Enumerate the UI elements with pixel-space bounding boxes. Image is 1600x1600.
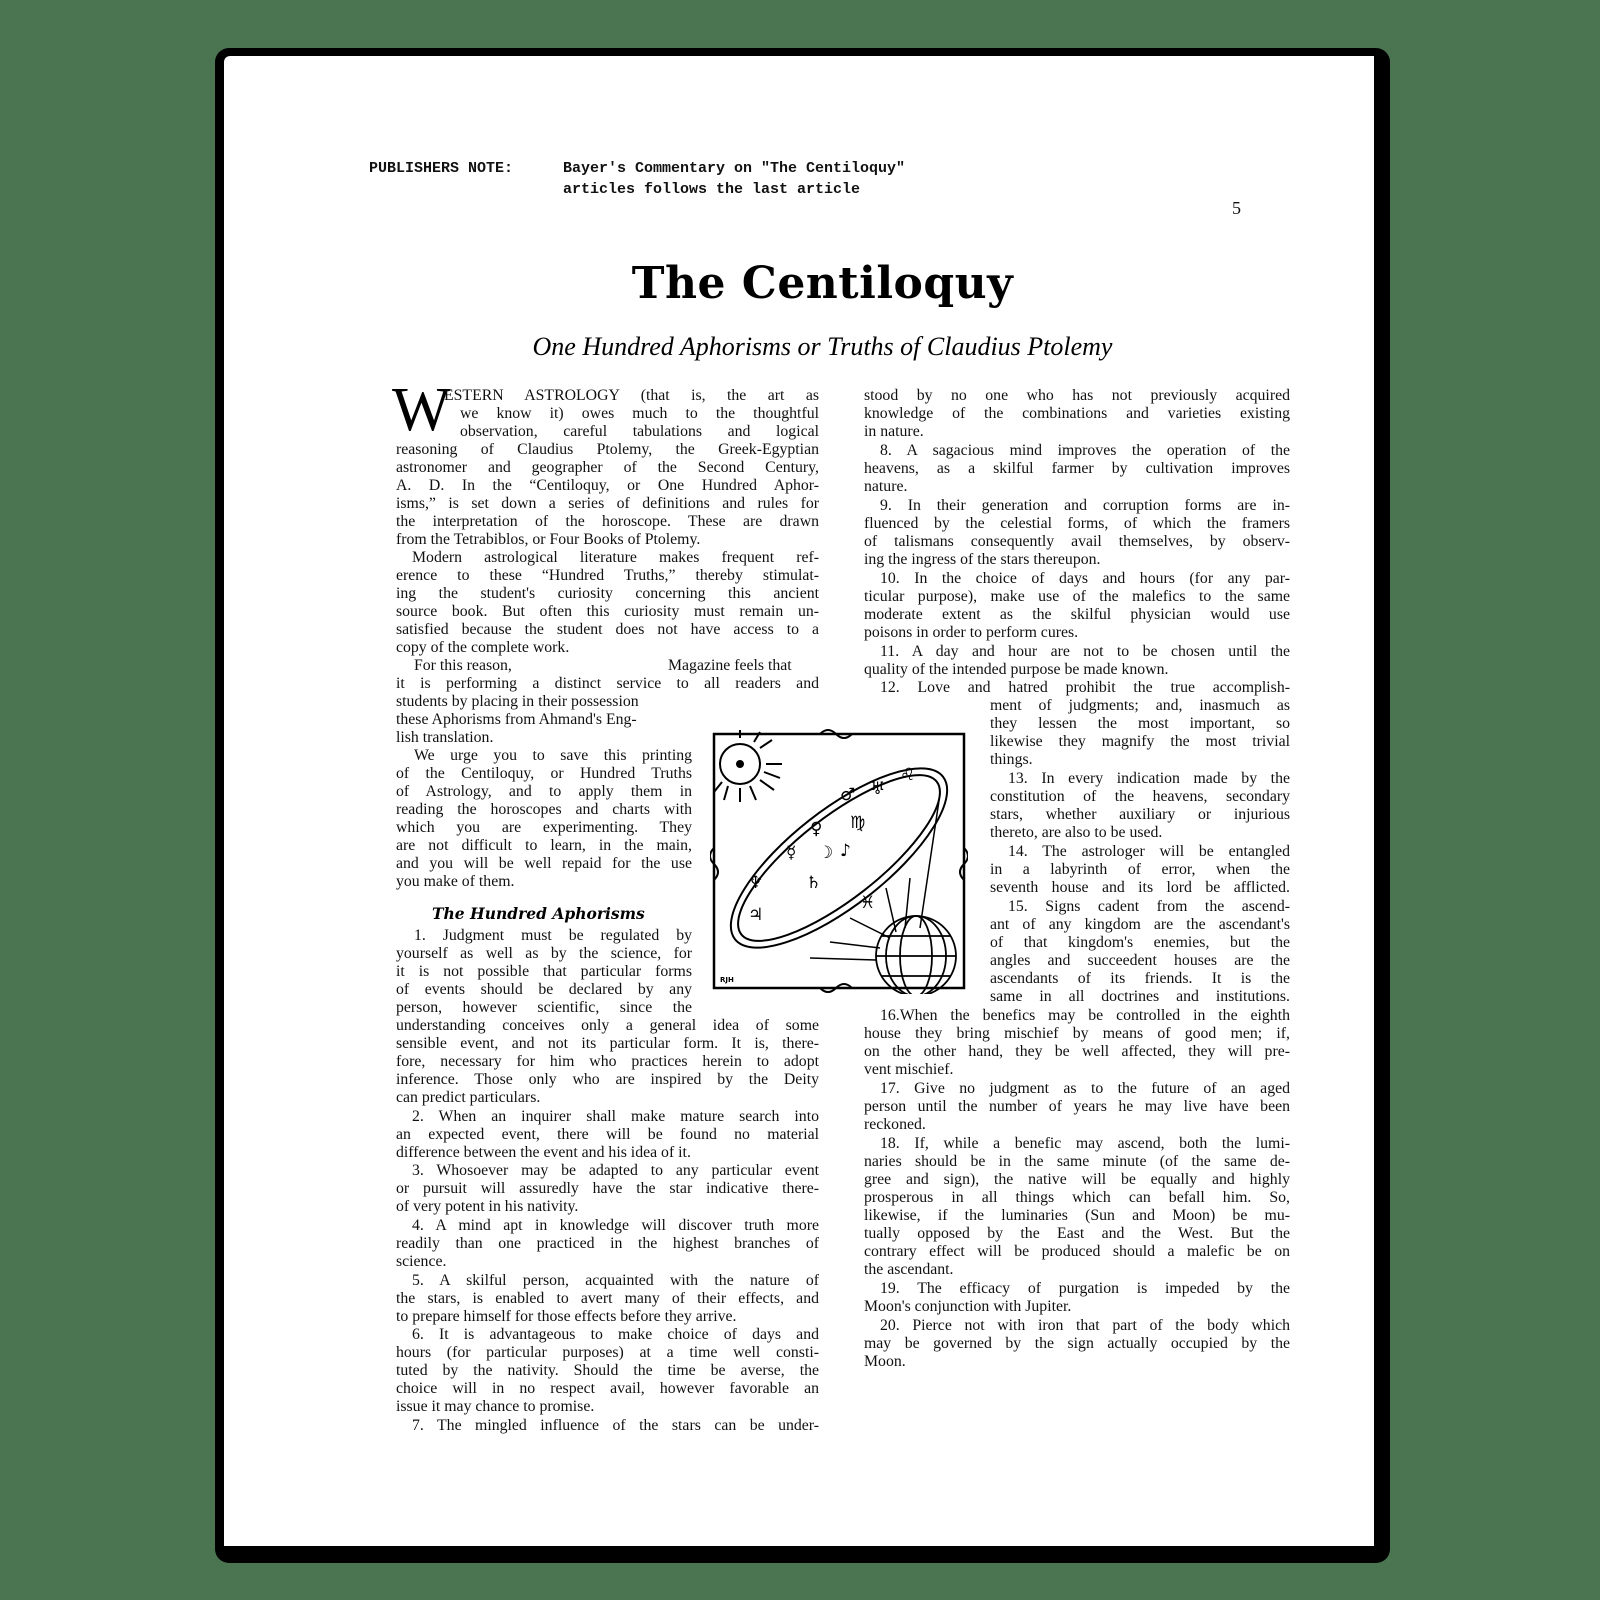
text-line: contrary effect will be produced should …	[864, 1243, 1290, 1261]
svg-text:☽: ☽	[818, 843, 833, 863]
text-line: prosperous in all things which can befal…	[864, 1189, 1290, 1207]
drop-cap: W	[392, 382, 451, 438]
text-line: to prepare himself for those effects bef…	[396, 1308, 737, 1326]
text-line: 4. A mind apt in knowledge will discover…	[412, 1217, 819, 1235]
text-line: 17. Give no judgment as to the future of…	[880, 1080, 1290, 1098]
text-line: constitution of the heavens, secondary	[990, 788, 1290, 806]
text-line: are not difficult to learn, in the main,	[396, 837, 692, 855]
text-line: stars, whether auxiliary or injurious	[990, 806, 1290, 824]
text-line: stood by no one who has not previously a…	[864, 387, 1290, 405]
text-line: 7. The mingled influence of the stars ca…	[412, 1417, 819, 1435]
text-line: ticular purpose), make use of the malefi…	[864, 588, 1290, 606]
text-line: ment of judgments; and, inasmuch as	[990, 697, 1290, 715]
text-line: of the Centiloquy, or Hundred Truths	[396, 765, 692, 783]
text-line: from the Tetrabiblos, or Four Books of P…	[396, 531, 819, 549]
svg-text:♆: ♆	[748, 873, 763, 893]
text-line: naries should be in the same minute (of …	[864, 1153, 1290, 1171]
text-line: person until the number of years he may …	[864, 1098, 1290, 1116]
text-line: same in all doctrines and institutions.	[990, 988, 1290, 1006]
text-line: which you are experimenting. They	[396, 819, 692, 837]
text-line: choice will in no respect avail, however…	[396, 1380, 819, 1398]
text-line: quality of the intended purpose be made …	[864, 661, 1168, 679]
text-line: ESTERN ASTROLOGY (that is, the art as	[444, 387, 819, 405]
article-title: The Centiloquy	[0, 258, 1600, 309]
text-line: these Aphorisms from Ahmand's Eng-	[396, 711, 637, 729]
text-line: tually opposed by the East and the West.…	[864, 1225, 1290, 1243]
zodiac-globe-icon: ♂♅♌ ♀♍ ☿☽♪ ♆♄ ♃♓ RJH	[710, 728, 968, 994]
svg-text:☿: ☿	[786, 843, 796, 863]
text-line: issue it may chance to promise.	[396, 1398, 594, 1416]
text-line: We urge you to save this printing	[414, 747, 692, 765]
text-line: vent mischief.	[864, 1061, 954, 1079]
text-line: lish translation.	[396, 729, 493, 747]
text-line: of talismans consequently avail themselv…	[864, 533, 1290, 551]
text-line: Moon's conjunction with Jupiter.	[864, 1298, 1071, 1316]
text-line: it is not possible that particular forms	[396, 963, 692, 981]
text-line: readily than one practiced in the highes…	[396, 1235, 819, 1253]
sun-icon	[714, 730, 782, 802]
text-line: heavens, as a skilful farmer by cultivat…	[864, 460, 1290, 478]
text-line: 9. In their generation and corruption fo…	[880, 497, 1290, 515]
text-line: 20. Pierce not with iron that part of th…	[880, 1317, 1290, 1335]
text-line: house they bring mischief by means of go…	[864, 1025, 1290, 1043]
svg-text:♓: ♓	[860, 893, 875, 913]
text-line: ing the student's curiosity concerning t…	[396, 585, 819, 603]
text-line: of very potent in his nativity.	[396, 1198, 578, 1216]
page-number: 5	[1232, 198, 1241, 219]
text-line: 16.When the benefics may be controlled i…	[880, 1007, 1290, 1025]
text-line: astronomer and geographer of the Second …	[396, 459, 819, 477]
text-line: the ascendant.	[864, 1261, 953, 1279]
svg-text:♅: ♅	[870, 779, 885, 799]
text-line: hours (for particular purposes) at a tim…	[396, 1344, 819, 1362]
text-line: can predict particulars.	[396, 1089, 540, 1107]
text-line: satisfied because the student does not h…	[396, 621, 819, 639]
text-line: 5. A skilful person, acquainted with the…	[412, 1272, 819, 1290]
text-line: they lessen the most important, so	[990, 715, 1290, 733]
text-line: Magazine feels that	[668, 657, 792, 675]
svg-text:♍: ♍	[850, 813, 865, 833]
text-line: the stars, is enabled to avert many of t…	[396, 1290, 819, 1308]
text-line: may be governed by the sign actually occ…	[864, 1335, 1290, 1353]
text-line: 2. When an inquirer shall make mature se…	[412, 1108, 819, 1126]
text-line: in nature.	[864, 423, 924, 441]
globe-icon	[876, 916, 956, 994]
text-line: poisons in order to perform cures.	[864, 624, 1078, 642]
text-line: 11. A day and hour are not to be chosen …	[880, 643, 1290, 661]
illustrator-signature: RJH	[720, 976, 734, 984]
text-line: angles and succeedent houses are the	[990, 952, 1290, 970]
text-line: For this reason,	[414, 657, 512, 675]
text-line: ant of any kingdom are the ascendant's	[990, 916, 1290, 934]
text-line: 6. It is advantageous to make choice of …	[412, 1326, 819, 1344]
text-line: source book. But often this curiosity mu…	[396, 603, 819, 621]
text-line: sensible event, and not its particular f…	[396, 1035, 819, 1053]
text-line: 18. If, while a benefic may ascend, both…	[880, 1135, 1290, 1153]
text-line: 14. The astrologer will be entangled	[1008, 843, 1290, 861]
text-line: of Astrology, and to apply them in	[396, 783, 692, 801]
text-line: difference between the event and his ide…	[396, 1144, 691, 1162]
text-line: 15. Signs cadent from the ascend-	[1008, 898, 1290, 916]
text-line: of events should be declared by any	[396, 981, 692, 999]
text-line: tuted by the nativity. Should the time b…	[396, 1362, 819, 1380]
text-line: copy of the complete work.	[396, 639, 819, 657]
text-line: on the other hand, they be well affected…	[864, 1043, 1290, 1061]
text-line: 3. Whosoever may be adapted to any parti…	[412, 1162, 819, 1180]
text-line: reading the horoscopes and charts with	[396, 801, 692, 819]
text-line: moderate extent as the skilful physician…	[864, 606, 1290, 624]
text-line: in a labyrinth of error, when the	[990, 861, 1290, 879]
text-line: science.	[396, 1253, 446, 1271]
publishers-note-line1: Bayer's Commentary on "The Centiloquy"	[563, 160, 905, 177]
text-line: gree and sign), the native will be equal…	[864, 1171, 1290, 1189]
text-line: nature.	[864, 478, 907, 496]
text-line: students by placing in their possession	[396, 693, 639, 711]
text-line: fore, necessary for him who practices he…	[396, 1053, 819, 1071]
svg-text:♃: ♃	[748, 905, 763, 925]
text-line: understanding conceives only a general i…	[396, 1017, 819, 1035]
text-line: inference. Those only who are inspired b…	[396, 1071, 819, 1089]
text-line: ascendants of its friends. It is the	[990, 970, 1290, 988]
text-line: yourself as well as by the science, for	[396, 945, 692, 963]
svg-text:♂: ♂	[840, 785, 855, 805]
text-line: things.	[990, 751, 1033, 769]
text-line: 1. Judgment must be regulated by	[414, 927, 692, 945]
text-line: and you will be well repaid for the use	[396, 855, 692, 873]
text-line: it is performing a distinct service to a…	[396, 675, 819, 693]
text-line: 8. A sagacious mind improves the operati…	[880, 442, 1290, 460]
text-line: isms,” is set down a series of definitio…	[396, 495, 819, 513]
svg-text:♄: ♄	[806, 873, 821, 893]
text-line: fluenced by the celestial forms, of whic…	[864, 515, 1290, 533]
text-line: 10. In the choice of days and hours (for…	[880, 570, 1290, 588]
zodiac-illustration: ♂♅♌ ♀♍ ☿☽♪ ♆♄ ♃♓ RJH	[710, 728, 968, 994]
text-line: we know it) owes much to the thoughtful	[460, 405, 819, 423]
text-line: you make of them.	[396, 873, 514, 891]
text-line: 19. The efficacy of purgation is impeded…	[880, 1280, 1290, 1298]
text-line: ing the ingress of the stars thereupon.	[864, 551, 1100, 569]
svg-text:♀: ♀	[810, 819, 822, 839]
svg-text:♪: ♪	[840, 841, 851, 861]
text-line: an expected event, there will be found n…	[396, 1126, 819, 1144]
section-heading: The Hundred Aphorisms	[432, 904, 645, 923]
publishers-note-line2: articles follows the last article	[563, 181, 860, 198]
text-line: likewise, if the luminaries (Sun and Moo…	[864, 1207, 1290, 1225]
text-line: observation, careful tabulations and log…	[460, 423, 819, 441]
text-line: reasoning of Claudius Ptolemy, the Greek…	[396, 441, 819, 459]
publishers-note-label: PUBLISHERS NOTE:	[369, 160, 513, 177]
text-line: thereto, are also to be used.	[990, 824, 1162, 842]
text-line: Moon.	[864, 1353, 906, 1371]
text-line: 13. In every indication made by the	[1008, 770, 1290, 788]
text-line: erence to these “Hundred Truths,” thereb…	[396, 567, 819, 585]
text-line: A. D. In the “Centiloquy, or One Hundred…	[396, 477, 819, 495]
svg-text:♌: ♌	[900, 765, 915, 785]
text-line: 12. Love and hatred prohibit the true ac…	[880, 679, 1290, 697]
text-line: of that kingdom's enemies, but the	[990, 934, 1290, 952]
text-line: the interpretation of the horoscope. The…	[396, 513, 819, 531]
text-line: Modern astrological literature makes fre…	[412, 549, 819, 567]
text-line: person, however scientific, since the	[396, 999, 692, 1017]
text-line: seventh house and its lord be afflicted.	[990, 879, 1290, 897]
text-line: or pursuit will assuredly have the star …	[396, 1180, 819, 1198]
text-line: knowledge of the combinations and variet…	[864, 405, 1290, 423]
article-subtitle: One Hundred Aphorisms or Truths of Claud…	[0, 332, 1600, 362]
text-line: likewise they magnify the most trivial	[990, 733, 1290, 751]
text-line: reckoned.	[864, 1116, 926, 1134]
